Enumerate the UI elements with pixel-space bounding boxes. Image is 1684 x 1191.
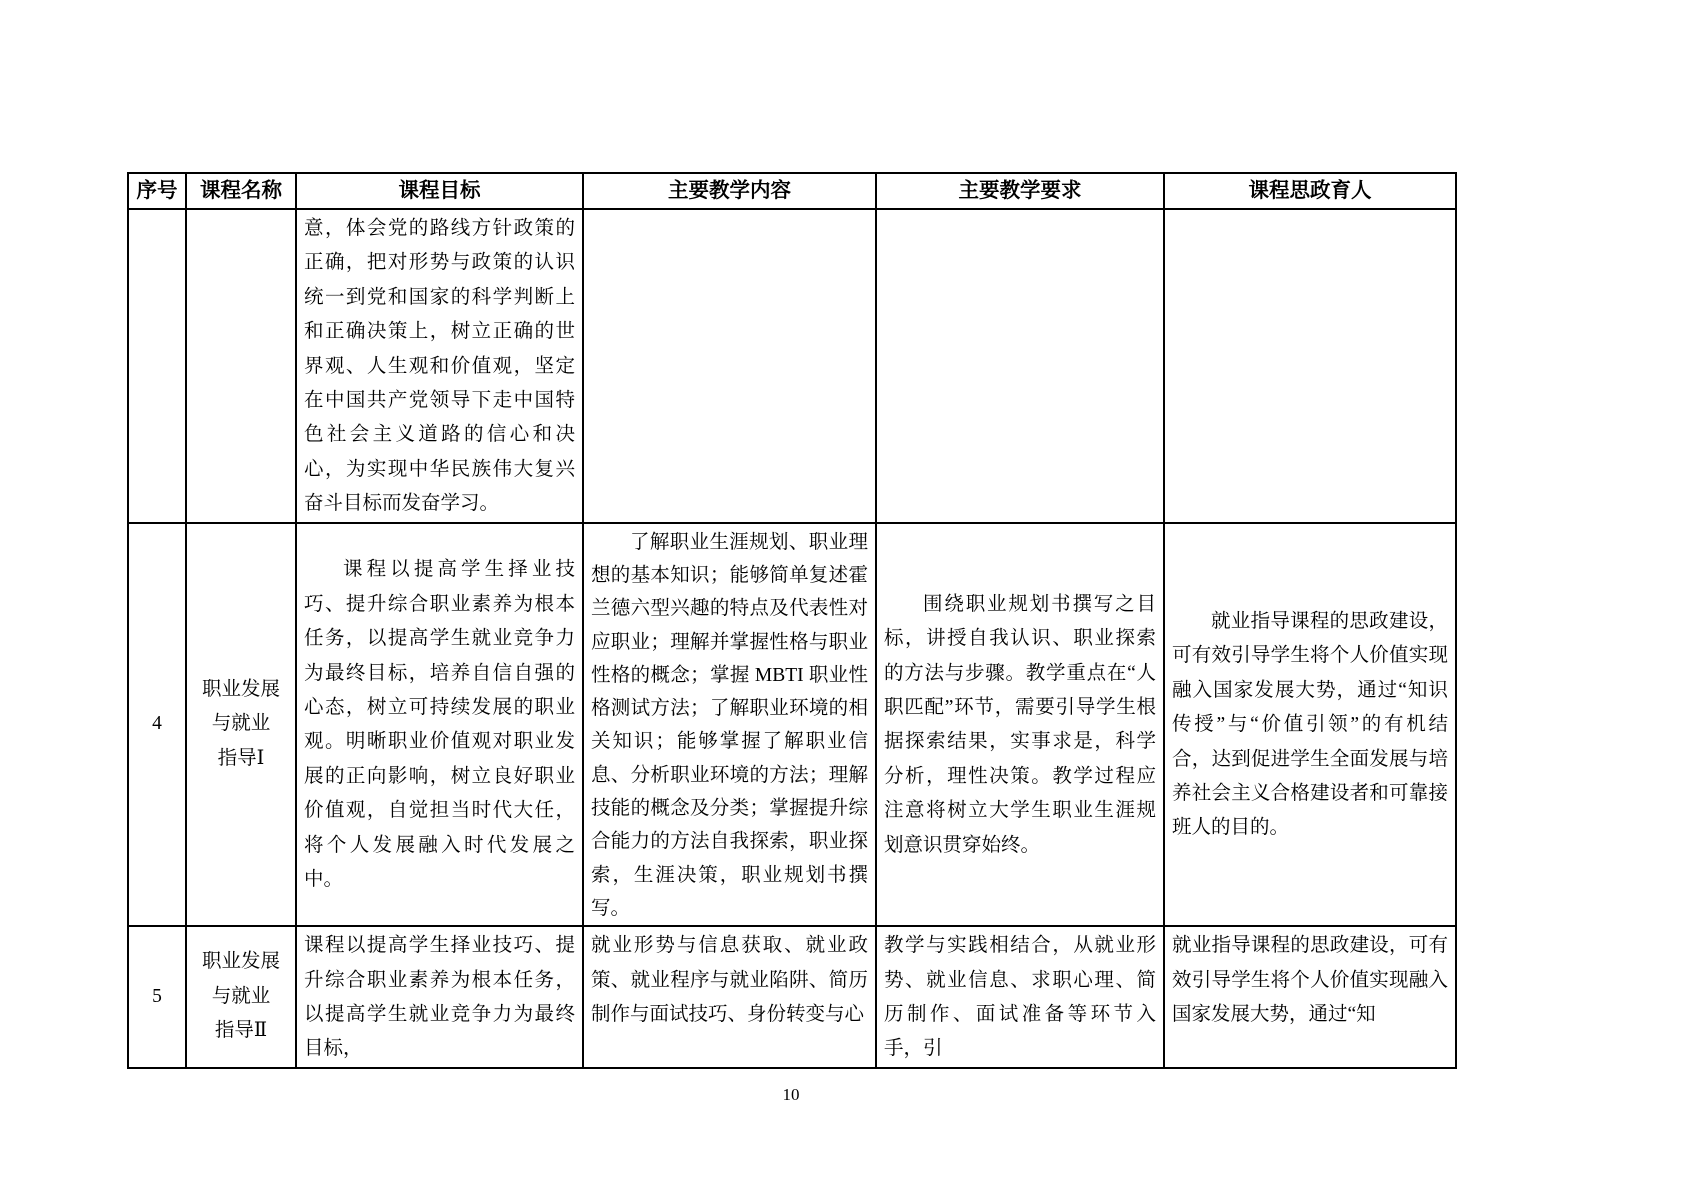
row4-content-cell: 了解职业生涯规划、职业理想的基本知识；能够简单复述霍兰德六型兴趣的特点及代表性对…: [583, 523, 876, 927]
header-course-name: 课程名称: [186, 173, 296, 209]
row4-course-name-cell: 职业发展 与就业 指导Ⅰ: [186, 523, 296, 927]
row5-objective-text: 课程以提高学生择业技巧、提升综合职业素养为根本任务，以提高学生就业竞争力为最终目…: [304, 927, 575, 1067]
row5-course-name-cell: 职业发展 与就业 指导Ⅱ: [186, 926, 296, 1068]
row4-ideology-cell: 就业指导课程的思政建设，可有效引导学生将个人价值实现融入国家发展大势，通过“知识…: [1164, 523, 1456, 927]
row4-objective-cell: 课程以提高学生择业技巧、提升综合职业素养为根本任务，以提高学生就业竞争力为最终目…: [296, 523, 583, 927]
row5-requirement-cell: 教学与实践相结合，从就业形势、就业信息、求职心理、简历制作、面试准备等环节入手，…: [876, 926, 1164, 1068]
course-table: 序号 课程名称 课程目标 主要教学内容 主要教学要求 课程思政育人 意，体会党的…: [127, 172, 1457, 1069]
row5-seq-cell: 5: [128, 926, 186, 1068]
header-teaching-requirement: 主要教学要求: [876, 173, 1164, 209]
header-ideology-education: 课程思政育人: [1164, 173, 1456, 209]
row5-ideology-text: 就业指导课程的思政建设，可有效引导学生将个人价值实现融入国家发展大势，通过“知: [1172, 927, 1448, 1032]
row5-ideology-cell: 就业指导课程的思政建设，可有效引导学生将个人价值实现融入国家发展大势，通过“知: [1164, 926, 1456, 1068]
cont-seq-cell: [128, 209, 186, 523]
row5-requirement-text: 教学与实践相结合，从就业形势、就业信息、求职心理、简历制作、面试准备等环节入手，…: [884, 927, 1156, 1067]
document-page: 序号 课程名称 课程目标 主要教学内容 主要教学要求 课程思政育人 意，体会党的…: [0, 0, 1684, 1191]
cont-objective-cell: 意，体会党的路线方针政策的正确，把对形势与政策的认识统一到党和国家的科学判断上和…: [296, 209, 583, 523]
header-teaching-content: 主要教学内容: [583, 173, 876, 209]
table-row-5: 5 职业发展 与就业 指导Ⅱ 课程以提高学生择业技巧、提升综合职业素养为根本任务…: [128, 926, 1456, 1068]
cont-ideology-cell: [1164, 209, 1456, 523]
cont-course-name-cell: [186, 209, 296, 523]
row4-requirement-text: 围绕职业规划书撰写之目标，讲授自我认识、职业探索的方法与步骤。教学重点在“人职匹…: [884, 586, 1156, 863]
page-number: 10: [127, 1085, 1455, 1105]
row5-content-cell: 就业形势与信息获取、就业政策、就业程序与就业陷阱、简历制作与面试技巧、身份转变与…: [583, 926, 876, 1068]
cont-requirement-cell: [876, 209, 1164, 523]
row5-objective-cell: 课程以提高学生择业技巧、提升综合职业素养为根本任务，以提高学生就业竞争力为最终目…: [296, 926, 583, 1068]
table-row-4: 4 职业发展 与就业 指导Ⅰ 课程以提高学生择业技巧、提升综合职业素养为根本任务…: [128, 523, 1456, 927]
row4-seq-cell: 4: [128, 523, 186, 927]
row4-ideology-text: 就业指导课程的思政建设，可有效引导学生将个人价值实现融入国家发展大势，通过“知识…: [1172, 603, 1448, 846]
header-course-objective: 课程目标: [296, 173, 583, 209]
row5-content-text: 就业形势与信息获取、就业政策、就业程序与就业陷阱、简历制作与面试技巧、身份转变与…: [591, 927, 868, 1032]
table-row-continuation: 意，体会党的路线方针政策的正确，把对形势与政策的认识统一到党和国家的科学判断上和…: [128, 209, 1456, 523]
row4-requirement-cell: 围绕职业规划书撰写之目标，讲授自我认识、职业探索的方法与步骤。教学重点在“人职匹…: [876, 523, 1164, 927]
header-seq: 序号: [128, 173, 186, 209]
row4-content-text: 了解职业生涯规划、职业理想的基本知识；能够简单复述霍兰德六型兴趣的特点及代表性对…: [591, 524, 868, 926]
table-header-row: 序号 课程名称 课程目标 主要教学内容 主要教学要求 课程思政育人: [128, 173, 1456, 209]
row4-objective-text: 课程以提高学生择业技巧、提升综合职业素养为根本任务，以提高学生就业竞争力为最终目…: [304, 551, 575, 897]
cont-objective-text: 意，体会党的路线方针政策的正确，把对形势与政策的认识统一到党和国家的科学判断上和…: [304, 210, 575, 522]
cont-content-cell: [583, 209, 876, 523]
